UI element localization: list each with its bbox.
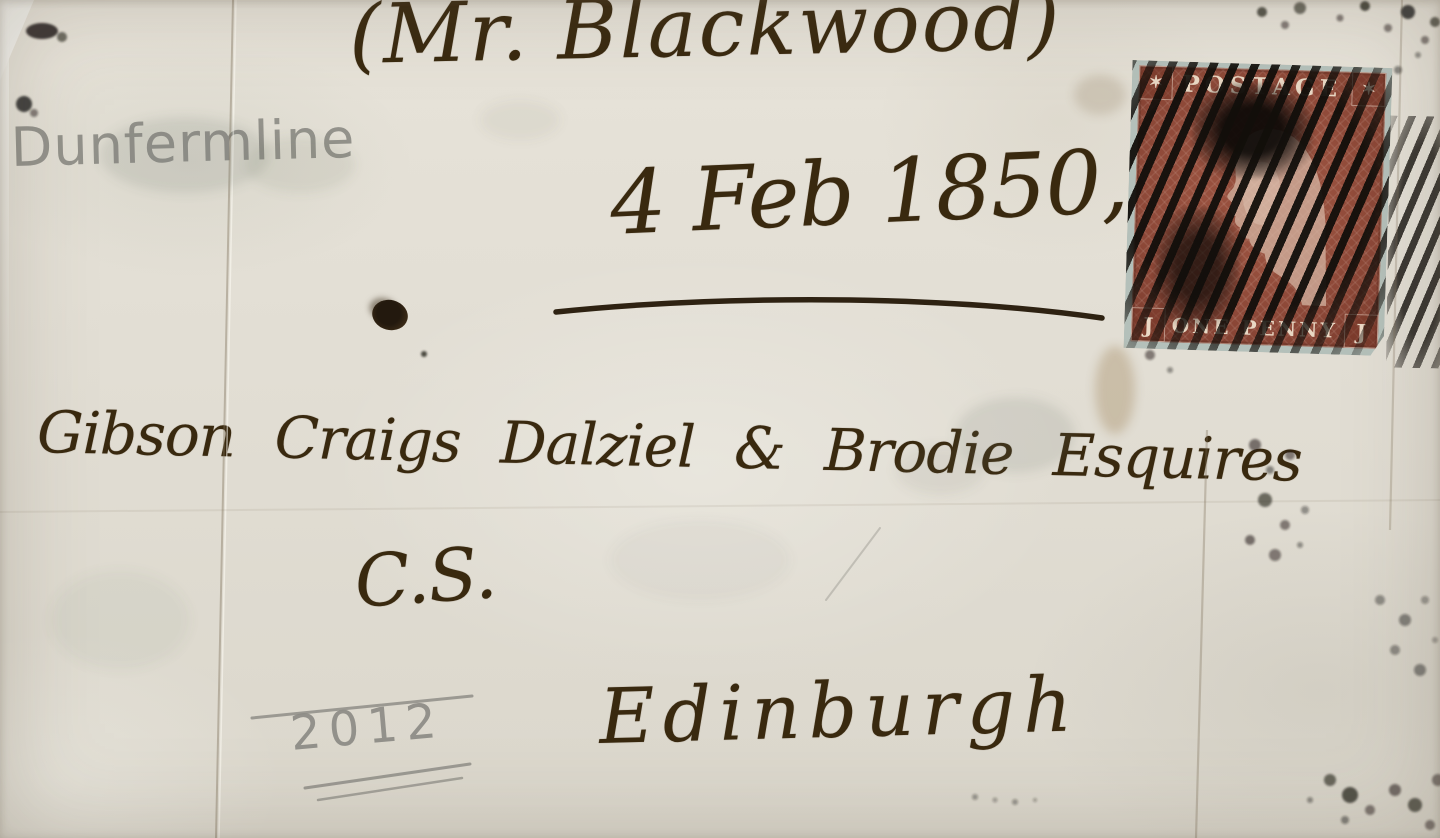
recipient-annotation: (Mr. Blackwood) (348, 0, 1063, 83)
cancellation-overrun (1386, 116, 1440, 369)
ink-blot (369, 296, 412, 334)
pencil-origin-note: Dunfermline (10, 107, 356, 179)
address-line-city: Edinburgh (598, 659, 1081, 761)
envelope-scan: (Mr. Blackwood) Dunfermline 4 Feb 1850, … (0, 0, 1440, 838)
penny-red-stamp: ✶ POSTAGE ✶ J ONE PENNY J (1124, 60, 1393, 356)
paper-left-edge (0, 0, 9, 420)
pencil-strokes (252, 528, 880, 800)
date-inscription: 4 Feb 1850, (608, 129, 1130, 254)
cancellation-bars (1120, 57, 1395, 359)
address-line-cs: C.S. (352, 530, 499, 624)
stain-marks (1074, 75, 1135, 434)
pencil-reference-number: 2012 (288, 693, 446, 762)
address-line-recipients: Gibson Craigs Dalziel & Brodie Esquires (36, 398, 1302, 495)
date-underline (556, 300, 1102, 318)
